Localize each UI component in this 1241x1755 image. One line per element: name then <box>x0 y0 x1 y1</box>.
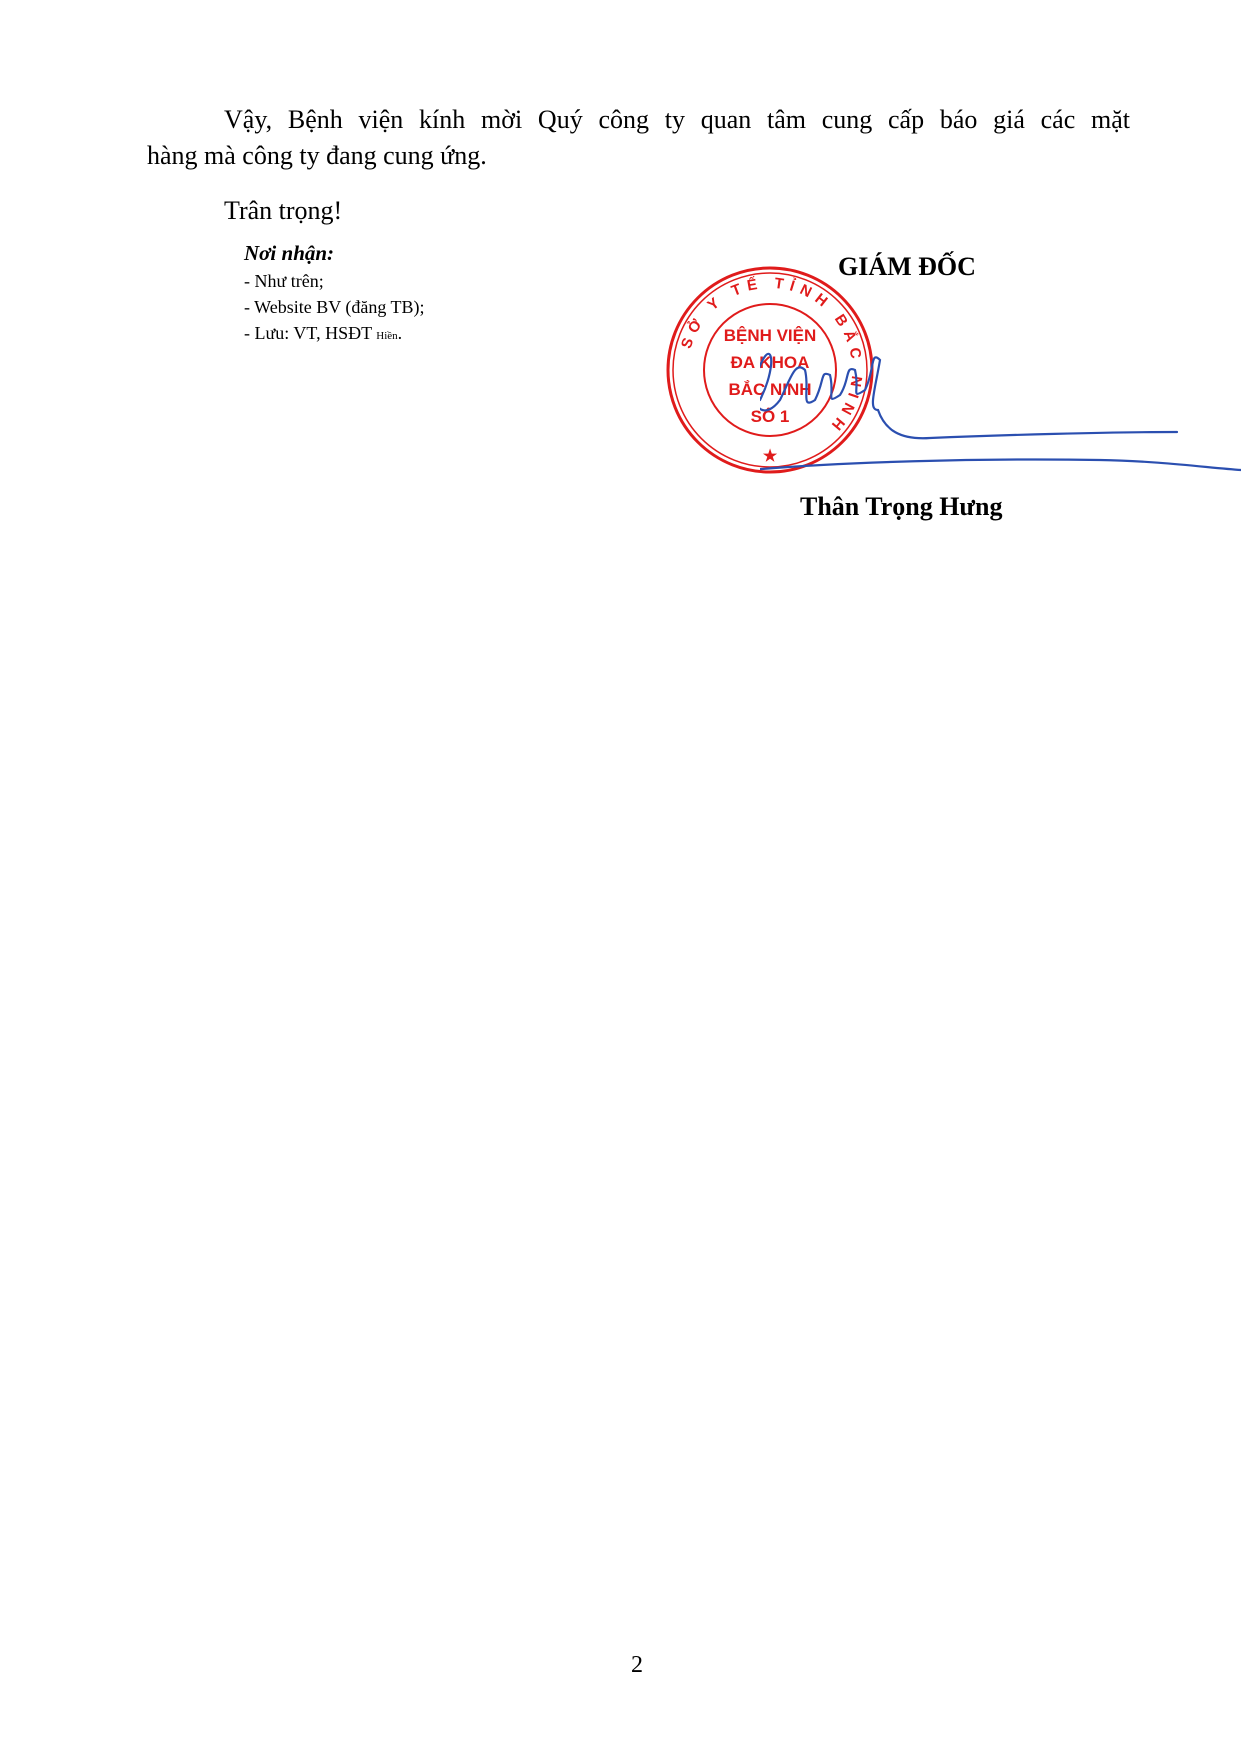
handwritten-signature <box>760 340 1241 490</box>
page-number: 2 <box>631 1652 643 1679</box>
recipient-item-text: - Lưu: VT, HSĐT <box>244 323 372 343</box>
recipient-item: - Website BV (đăng TB); <box>244 294 425 320</box>
recipient-item: - Như trên; <box>244 268 425 294</box>
paragraph-line-2: hàng mà công ty đang cung ứng. <box>147 141 487 170</box>
recipients-title: Nơi nhận: <box>244 238 425 268</box>
body-paragraph: Vậy, Bệnh viện kính mời Quý công ty quan… <box>147 102 1130 174</box>
closing-salutation: Trân trọng! <box>224 193 342 229</box>
paragraph-line-1: Vậy, Bệnh viện kính mời Quý công ty quan… <box>147 102 1130 138</box>
recipient-suffix: . <box>398 323 403 343</box>
recipients-block: Nơi nhận: - Như trên; - Website BV (đăng… <box>244 238 425 349</box>
recipient-item: - Lưu: VT, HSĐT Hiền. <box>244 320 425 349</box>
signer-name: Thân Trọng Hưng <box>800 492 1003 522</box>
recipient-initials: Hiền <box>376 330 397 342</box>
